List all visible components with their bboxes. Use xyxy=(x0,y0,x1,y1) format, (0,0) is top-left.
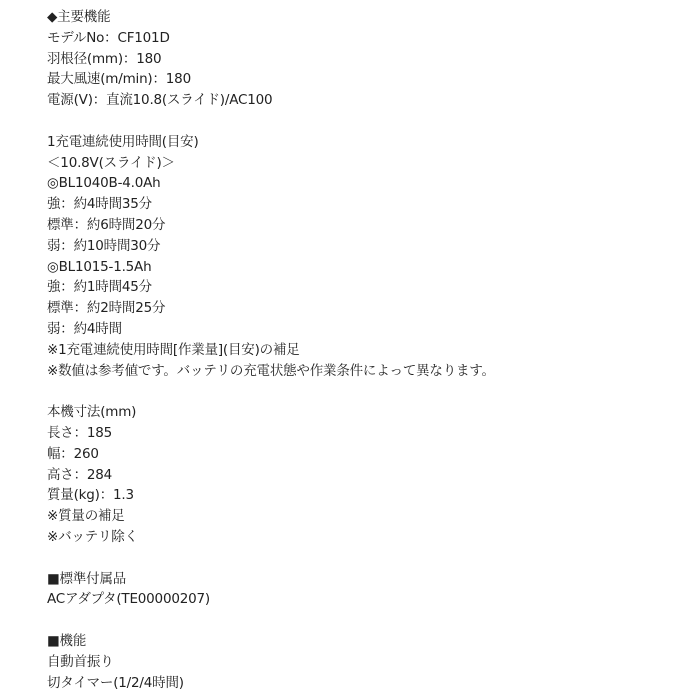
spec-note: ※1充電連続使用時間[作業量](目安)の補足 xyxy=(47,340,687,361)
spec-line-battery-bl1040b: ◎BL1040B-4.0Ah xyxy=(47,173,687,194)
spec-line-height: 高さ：284 xyxy=(47,465,687,486)
spec-line-power-source: 電源(V)：直流10.8(スライド)/AC100 xyxy=(47,90,687,111)
spec-line-auto-oscillation: 自動首振り xyxy=(47,652,687,673)
spec-line-runtime-strong: 強：約1時間45分 xyxy=(47,277,687,298)
spec-line-off-timer: 切タイマー(1/2/4時間) xyxy=(47,673,687,694)
section-heading: ◆主要機能 xyxy=(47,7,687,28)
spec-line-width: 幅：260 xyxy=(47,444,687,465)
spacer xyxy=(47,610,687,631)
section-heading: ■機能 xyxy=(47,631,687,652)
spec-line-runtime-weak: 弱：約10時間30分 xyxy=(47,236,687,257)
spec-line-voltage-group: ＜10.8V(スライド)＞ xyxy=(47,153,687,174)
spec-line-mass: 質量(kg)：1.3 xyxy=(47,485,687,506)
section-functions: ■機能 自動首振り 切タイマー(1/2/4時間) xyxy=(47,631,687,693)
section-heading: ■標準付属品 xyxy=(47,569,687,590)
spec-document: ◆主要機能 モデルNo：CF101D 羽根径(mm)：180 最大風速(m/mi… xyxy=(47,7,687,693)
section-dimensions: 本機寸法(mm) 長さ：185 幅：260 高さ：284 質量(kg)：1.3 … xyxy=(47,402,687,548)
spacer xyxy=(47,548,687,569)
section-heading: 1充電連続使用時間(目安) xyxy=(47,132,687,153)
spec-line-ac-adapter: ACアダプタ(TE00000207) xyxy=(47,589,687,610)
spacer xyxy=(47,111,687,132)
spec-note: ※質量の補足 xyxy=(47,506,687,527)
section-main-features: ◆主要機能 モデルNo：CF101D 羽根径(mm)：180 最大風速(m/mi… xyxy=(47,7,687,111)
spec-line-runtime-weak: 弱：約4時間 xyxy=(47,319,687,340)
spacer xyxy=(47,381,687,402)
spec-line-max-wind-speed: 最大風速(m/min)：180 xyxy=(47,69,687,90)
spec-line-runtime-strong: 強：約4時間35分 xyxy=(47,194,687,215)
section-runtime: 1充電連続使用時間(目安) ＜10.8V(スライド)＞ ◎BL1040B-4.0… xyxy=(47,132,687,382)
spec-note: ※バッテリ除く xyxy=(47,527,687,548)
spec-line-runtime-standard: 標準：約2時間25分 xyxy=(47,298,687,319)
spec-line-battery-bl1015: ◎BL1015-1.5Ah xyxy=(47,257,687,278)
spec-line-model-no: モデルNo：CF101D xyxy=(47,28,687,49)
section-heading: 本機寸法(mm) xyxy=(47,402,687,423)
section-accessories: ■標準付属品 ACアダプタ(TE00000207) xyxy=(47,569,687,611)
spec-line-blade-diameter: 羽根径(mm)：180 xyxy=(47,49,687,70)
spec-line-length: 長さ：185 xyxy=(47,423,687,444)
spec-line-runtime-standard: 標準：約6時間20分 xyxy=(47,215,687,236)
spec-note: ※数値は参考値です。バッテリの充電状態や作業条件によって異なります。 xyxy=(47,361,687,382)
